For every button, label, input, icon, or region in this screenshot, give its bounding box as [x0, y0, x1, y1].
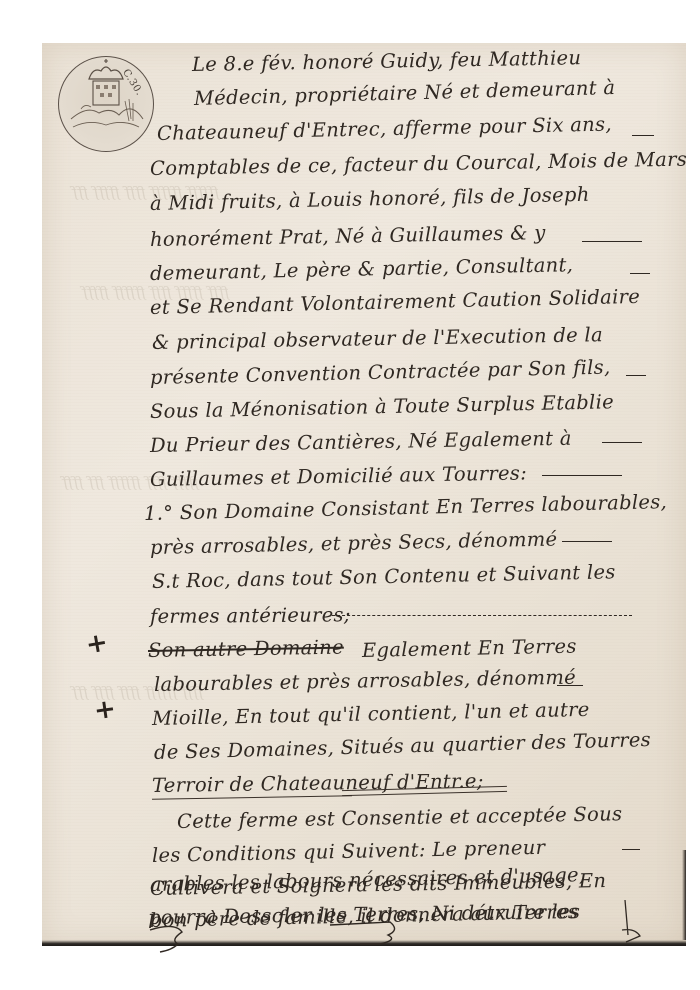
line-filler-dash [622, 849, 640, 850]
document-page: ffffff ffffff ffff fffff fff ffff fffff … [42, 43, 686, 946]
text-line: Médecin, propriétaire Né et demeurant à [194, 76, 616, 110]
text-line-continuation: Egalement En Terres [362, 635, 577, 662]
text-line: Comptables de ce, facteur du Courcal, Mo… [150, 148, 686, 180]
text-line: Chateauneuf d'Entrec, afferme pour Six a… [157, 112, 612, 145]
line-filler-dash [632, 135, 654, 136]
page-bottom-edge [42, 940, 686, 946]
margin-insertion-mark: + [84, 627, 111, 660]
line-filler-dash [602, 442, 642, 443]
text-line: les Conditions qui Suivent: Le preneur [152, 836, 546, 867]
text-line: labourables et près arrosables, dénommé [154, 666, 576, 696]
text-line: Sous la Ménonisation à Toute Surplus Eta… [150, 390, 614, 423]
text-line: Le 8.e fév. honoré Guidy, feu Matthieu [192, 46, 582, 76]
line-filler-dash [542, 475, 622, 476]
text-line: Cette ferme est Consentie et acceptée So… [177, 802, 623, 833]
text-line: Mioille, En tout qu'il contient, l'un et… [152, 698, 590, 730]
tax-stamp-seal: C.30. [58, 56, 154, 152]
line-filler-dash [562, 541, 612, 542]
line-filler-dash [557, 685, 583, 686]
crown-castle-icon [59, 57, 153, 151]
line-filler-dash [332, 615, 632, 616]
line-filler-dash [626, 375, 646, 376]
text-line: honorément Prat, Né à Guillaumes & y [150, 221, 546, 251]
text-line: Guillaumes et Domicilié aux Tourres: [150, 461, 527, 491]
text-line: près arrosables, et près Secs, dénommé [150, 527, 558, 559]
line-filler-dash [630, 273, 650, 274]
text-line: demeurant, Le père & partie, Consultant, [150, 253, 574, 285]
text-line: Du Prieur des Cantières, Né Egalement à [150, 427, 572, 457]
line-filler-dash [582, 241, 642, 242]
text-line: S.t Roc, dans tout Son Contenu et Suivan… [152, 560, 616, 593]
text-line: de Ses Domaines, Situés au quartier des … [154, 728, 652, 764]
text-line: fermes antérieures; [150, 603, 351, 628]
page-edge-shadow [682, 850, 686, 940]
text-line: présente Convention Contractée par Son f… [150, 356, 611, 389]
text-line: & principal observateur de l'Execution d… [152, 323, 603, 354]
text-line: 1.° Son Domaine Consistant En Terres lab… [144, 490, 668, 525]
margin-insertion-mark: + [92, 694, 118, 727]
